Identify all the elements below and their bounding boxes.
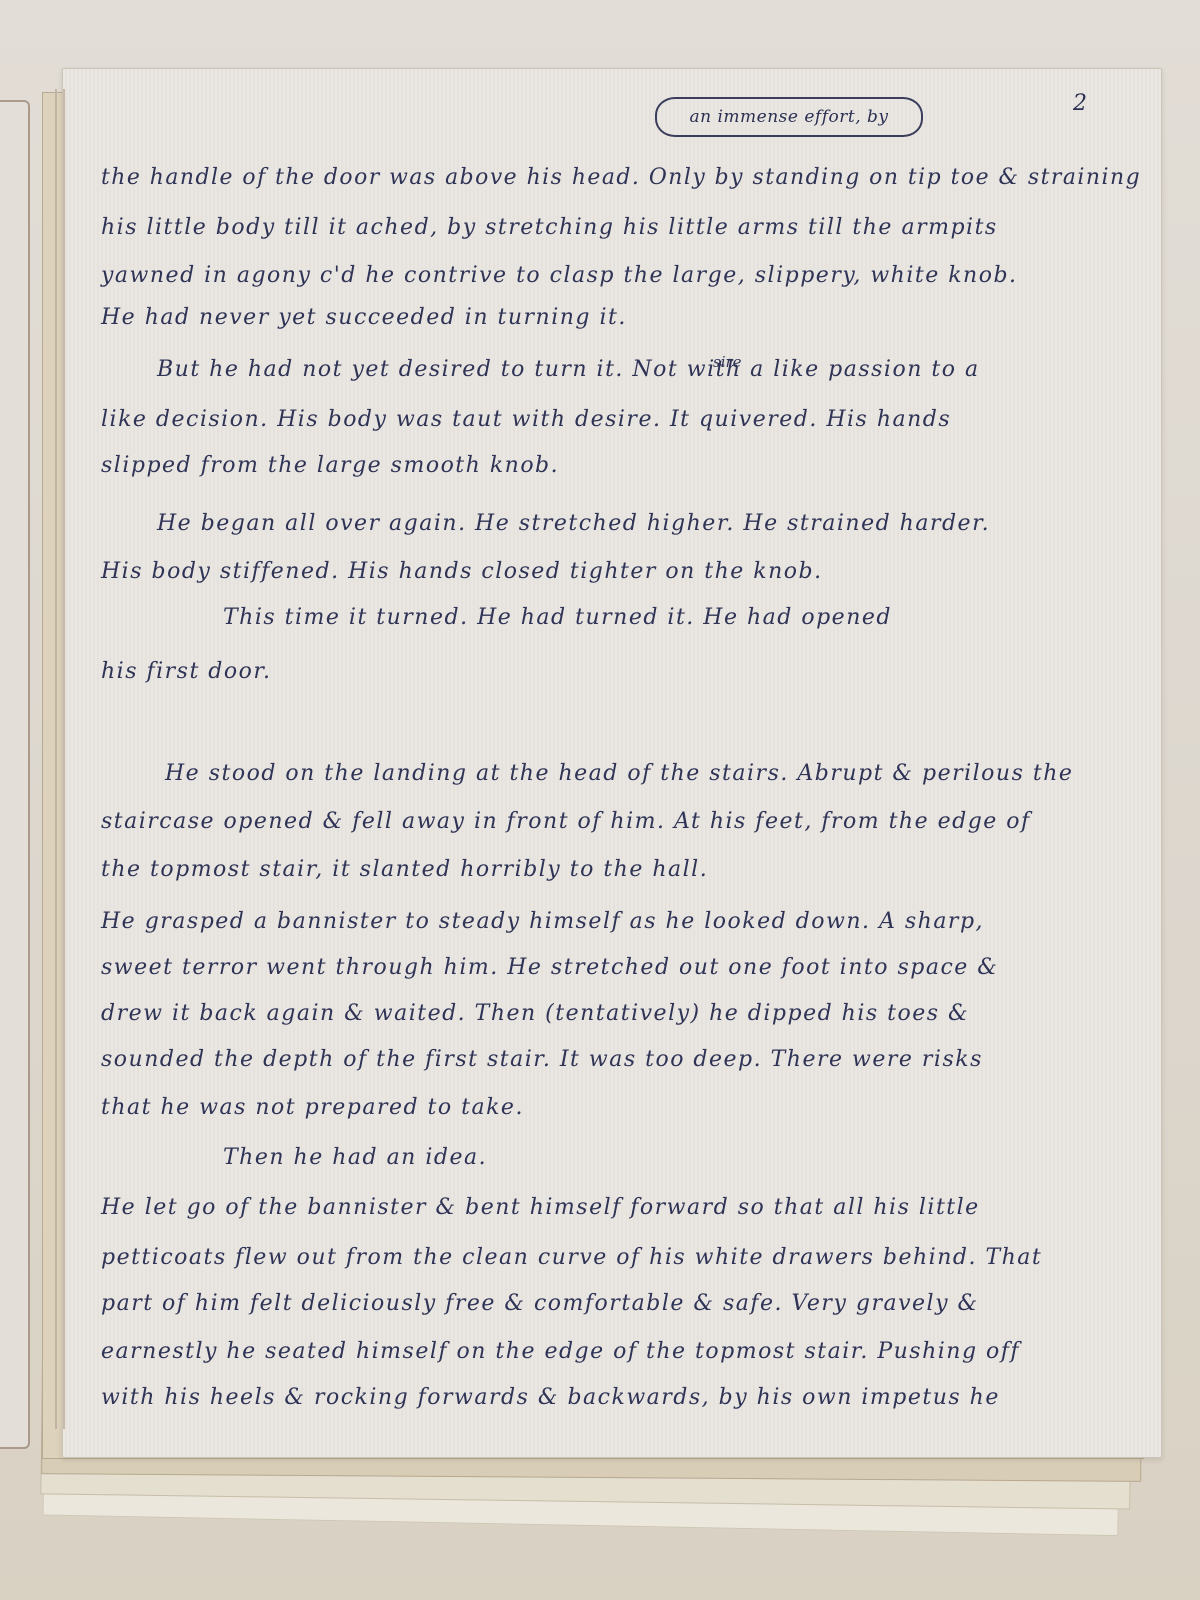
text-line: sweet terror went through him. He stretc… <box>101 955 998 980</box>
adjacent-page-edge <box>0 100 30 1449</box>
text-line: His body stiffened. His hands closed tig… <box>101 559 823 584</box>
text-line: earnestly he seated himself on the edge … <box>101 1339 1020 1364</box>
text-line: petticoats flew out from the clean curve… <box>101 1245 1042 1270</box>
text-line: He had never yet succeeded in turning it… <box>101 305 627 330</box>
page-number: 2 <box>1073 91 1087 116</box>
text-line: He grasped a bannister to steady himself… <box>101 909 984 934</box>
text-line: sounded the depth of the first stair. It… <box>101 1047 983 1072</box>
text-line: the topmost stair, it slanted horribly t… <box>101 857 708 882</box>
text-line: He stood on the landing at the head of t… <box>165 761 1073 786</box>
text-line: like decision. His body was taut with de… <box>101 407 951 432</box>
text-line: that he was not prepared to take. <box>101 1095 524 1120</box>
text-line: He let go of the bannister & bent himsel… <box>101 1195 980 1220</box>
manuscript-page: an immense effort, by 2 sire the handle … <box>62 68 1162 1458</box>
text-line: the handle of the door was above his hea… <box>101 165 1141 190</box>
text-line: drew it back again & waited. Then (tenta… <box>101 1001 969 1026</box>
text-line: his first door. <box>101 659 271 684</box>
marginal-insertion: an immense effort, by <box>655 97 923 137</box>
text-line: slipped from the large smooth knob. <box>101 453 559 478</box>
text-line: This time it turned. He had turned it. H… <box>223 605 892 630</box>
text-line: his little body till it ached, by stretc… <box>101 215 998 240</box>
text-line: He began all over again. He stretched hi… <box>157 511 990 536</box>
text-line: yawned in agony c'd he contrive to clasp… <box>101 263 1018 288</box>
text-line: But he had not yet desired to turn it. N… <box>157 357 980 382</box>
text-line: Then he had an idea. <box>223 1145 487 1170</box>
marginal-insertion-text: an immense effort, by <box>690 107 889 127</box>
page-binding-edge <box>55 89 65 1429</box>
text-line: part of him felt deliciously free & comf… <box>101 1291 979 1316</box>
text-line: staircase opened & fell away in front of… <box>101 809 1031 834</box>
text-line: with his heels & rocking forwards & back… <box>101 1385 1000 1410</box>
